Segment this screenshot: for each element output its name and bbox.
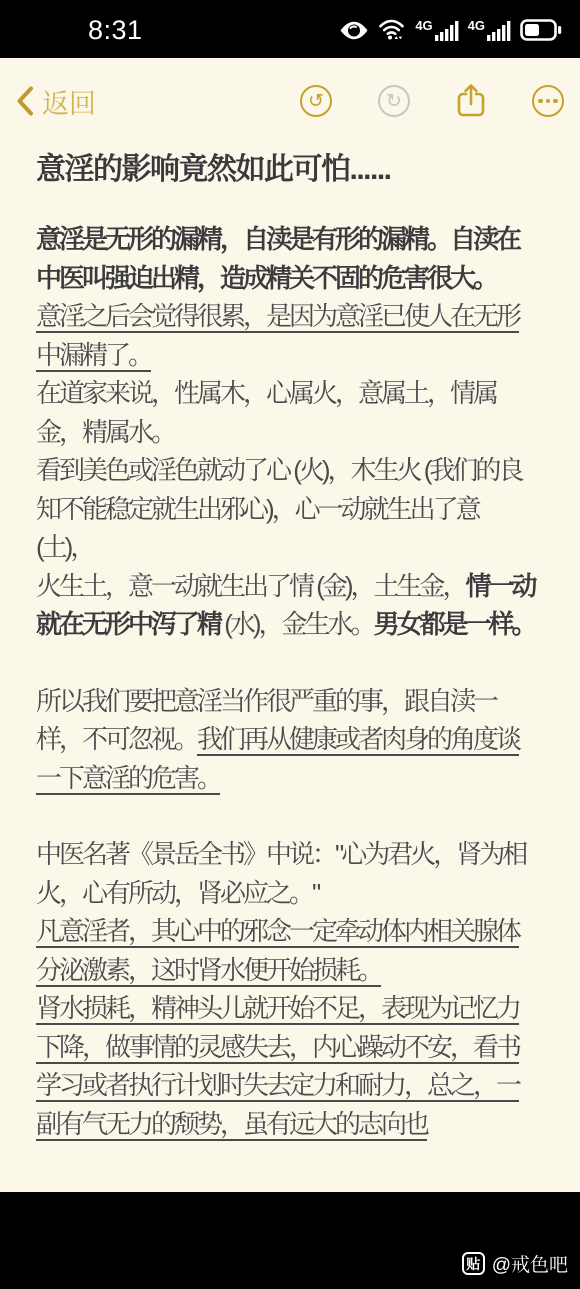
paragraph: 看到美色或淫色就动了心 (火)，木生火 (我们的良知不能稳定就生出邪心)，心一动…: [36, 451, 536, 567]
ellipsis-icon: [538, 99, 558, 104]
more-button[interactable]: [532, 85, 564, 117]
signal-4g-icon: 4G: [415, 20, 458, 41]
back-button-label: 返回: [42, 82, 96, 121]
back-button[interactable]: 返回: [16, 82, 96, 121]
wifi-icon: [378, 18, 406, 42]
battery-icon: [520, 19, 562, 41]
network-type-badge: 4G: [468, 19, 485, 32]
status-bar: 8:31 4G: [0, 0, 580, 58]
paragraph: 意淫之后会觉得很累，是因为意淫已使人在无形中漏精了。: [36, 297, 536, 374]
network-type-badge: 4G: [415, 19, 432, 32]
nav-bar: 返回 ↺ ↻: [0, 58, 580, 144]
status-time: 8:31: [88, 15, 143, 46]
document-paragraphs: 意淫是无形的漏精，自渎是有形的漏精。自渎在中医叫强迫出精，造成精关不固的危害很大…: [36, 220, 536, 1143]
paragraph: 肾水损耗，精神头儿就开始不足，表现为记忆力下降，做事情的灵感失去，内心躁动不安，…: [36, 989, 536, 1143]
watermark-handle: @戒色吧: [492, 1250, 568, 1277]
paragraph: 意淫是无形的漏精，自渎是有形的漏精。自渎在中医叫强迫出精，造成精关不固的危害很大…: [36, 220, 536, 297]
tieba-badge-icon: 贴: [462, 1252, 485, 1275]
page-title: 意淫的影响竟然如此可怕......: [36, 148, 536, 192]
bottom-bar: 贴 @戒色吧: [0, 1192, 580, 1289]
undo-button[interactable]: ↺: [300, 85, 332, 117]
paragraph: 凡意淫者，其心中的邪念一定牵动体内相关腺体分泌激素，这时肾水便开始损耗。: [36, 912, 536, 989]
paragraph: 在道家来说，性属木，心属火，意属土，情属金，精属水。: [36, 374, 536, 451]
redo-button[interactable]: ↻: [378, 85, 410, 117]
eye-protection-icon: [339, 20, 369, 41]
watermark: 贴 @戒色吧: [462, 1250, 568, 1277]
share-icon: [456, 83, 486, 119]
share-button[interactable]: [456, 83, 486, 119]
paragraph: 火生土，意一动就生出了情 (金)，土生金，情一动就在无形中泻了精 (水)，金生水…: [36, 567, 536, 644]
redo-icon: ↻: [386, 92, 402, 111]
paragraph: 中医名著《景岳全书》中说："心为君火，肾为相火，心有所动，肾必应之。": [36, 835, 536, 912]
paragraph: 所以我们要把意淫当作很严重的事，跟自渎一样，不可忽视。我们再从健康或者肉身的角度…: [36, 682, 536, 798]
signal-4g-icon: 4G: [468, 20, 511, 41]
app-screen: 8:31 4G: [0, 0, 580, 1289]
chevron-left-icon: [16, 86, 34, 116]
undo-icon: ↺: [308, 92, 324, 111]
document-body: 意淫的影响竟然如此可怕...... 意淫是无形的漏精，自渎是有形的漏精。自渎在中…: [0, 148, 580, 1143]
